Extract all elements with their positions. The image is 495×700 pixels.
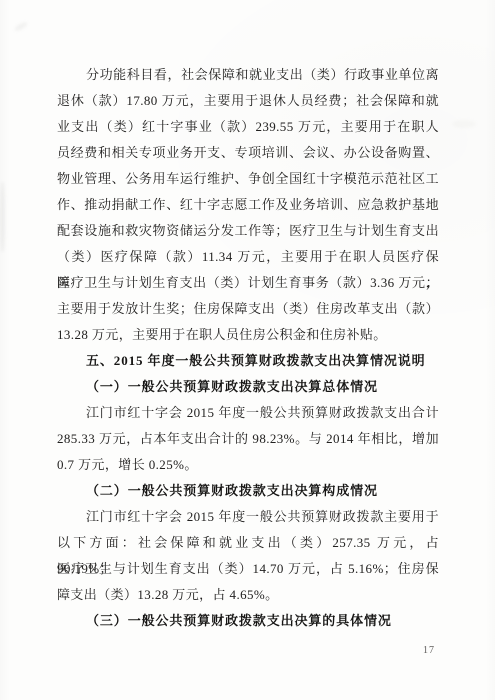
paragraph-line: 退休（款）17.80 万元，主要用于退休人员经费；社会保障和就 [57, 88, 439, 114]
scan-smudge [0, 182, 5, 252]
scanned-document-screenshot: { "document": { "lines": [ "分功能科目看，社会保障和… [0, 0, 495, 700]
paragraph-line: 作、推动捐献工作、红十字志愿工作及业务培训、应急救护基地 [57, 192, 439, 218]
paragraph-line: 分功能科目看，社会保障和就业支出（类）行政事业单位离 [57, 62, 439, 88]
paragraph-line: 障支出（类）13.28 万元，占 4.65%。 [57, 582, 439, 608]
paragraph-line: 主要用于发放计生奖；住房保障支出（类）住房改革支出（款） [57, 296, 439, 322]
paragraph-line: 配套设施和救灾物资储运分发工作等；医疗卫生与计划生育支出 [57, 218, 439, 244]
section-heading-5: 五、2015 年度一般公共预算财政拨款支出决算情况说明 [57, 348, 439, 374]
subsection-heading-1: （一）一般公共预算财政拨款支出决算总体情况 [57, 374, 439, 400]
scan-smudge [452, 120, 476, 128]
paragraph-line: 医疗卫生与计划生育支出（类）计划生育事务（款）3.36 万元， [57, 270, 439, 296]
paragraph-line: 业支出（类）红十字事业（款）239.55 万元，主要用于在职人 [57, 114, 439, 140]
paragraph-line: 员经费和相关专项业务开支、专项培训、会议、办公设备购置、 [57, 140, 439, 166]
paragraph-line: 物业管理、公务用车运行维护、争创全国红十字模范示范社区工 [57, 166, 439, 192]
subsection-heading-3: （三）一般公共预算财政拨款支出决算的具体情况 [57, 608, 439, 634]
page-number: 17 [423, 645, 435, 656]
document-page: 分功能科目看，社会保障和就业支出（类）行政事业单位离 退休（款）17.80 万元… [0, 0, 495, 700]
paragraph-line: （类）医疗保障（款）11.34 万元，主要用于在职人员医疗保障； [57, 244, 439, 270]
paragraph-line: 江门市红十字会 2015 年度一般公共预算财政拨款主要用于 [57, 504, 439, 530]
paragraph-line: 285.33 万元，占本年支出合计的 98.23%。与 2014 年相比，增加 [57, 426, 439, 452]
paragraph-line: 江门市红十字会 2015 年度一般公共预算财政拨款支出合计 [57, 400, 439, 426]
scan-smudge [14, 21, 29, 32]
paragraph-line: 13.28 万元，主要用于在职人员住房公积金和住房补贴。 [57, 322, 439, 348]
paragraph-line: 0.7 万元，增长 0.25%。 [57, 452, 439, 478]
document-text-block: 分功能科目看，社会保障和就业支出（类）行政事业单位离 退休（款）17.80 万元… [57, 62, 439, 634]
subsection-heading-2: （二）一般公共预算财政拨款支出决算构成情况 [57, 478, 439, 504]
paragraph-line: 以下方面：社会保障和就业支出（类）257.35 万元，占 90.19%； [57, 530, 439, 556]
paragraph-line: 医疗卫生与计划生育支出（类）14.70 万元，占 5.16%；住房保 [57, 556, 439, 582]
